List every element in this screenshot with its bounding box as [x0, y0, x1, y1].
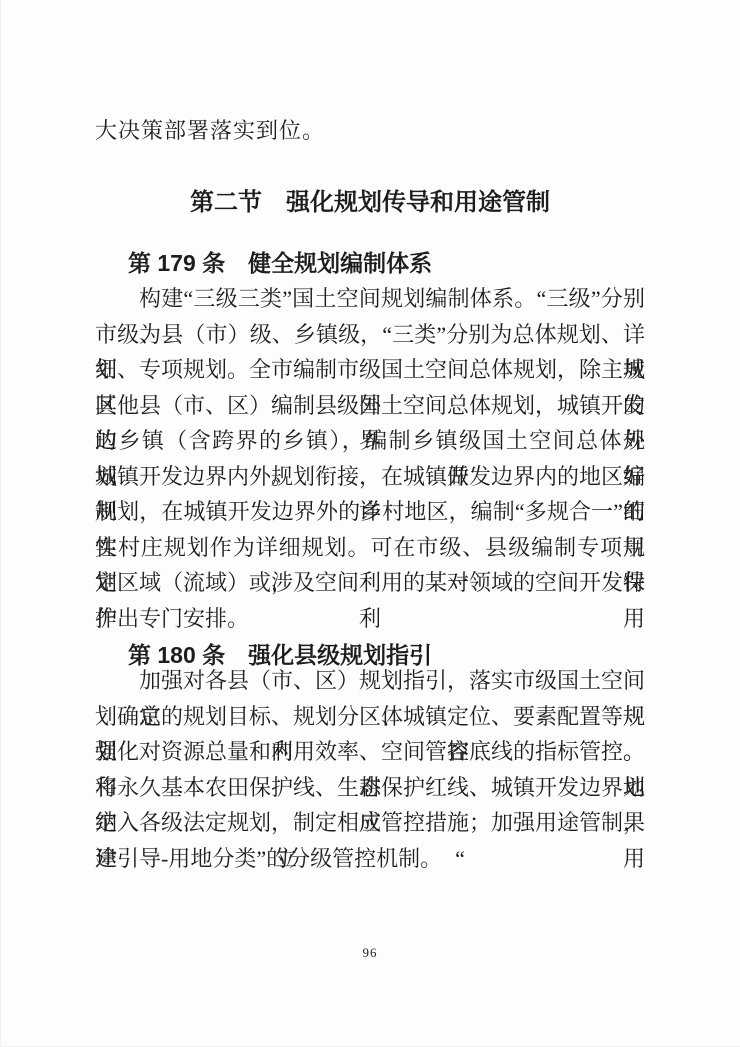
article-179-body: 构建“三级三类”国土空间规划编制体系。“三级”分别为 市级、县（市）级、乡镇级，…	[95, 281, 645, 636]
text-line: 性村庄规划作为详细规划。可在市级、县级编制专项规划，对特	[95, 530, 645, 566]
text-line: 强化对资源总量和利用效率、空间管控底线的指标管控。将耕地	[95, 734, 645, 770]
text-line: 和永久基本农田保护线、生态保护红线、城镇开发边界划定成果	[95, 770, 645, 806]
text-line: 纳入各级法定规划，制定相应管控措施；加强用途管制，建立“用	[95, 805, 645, 841]
article-179-heading: 第 179 条 健全规划编制体系	[95, 245, 645, 278]
section-heading: 第二节 强化规划传导和用途管制	[95, 182, 645, 217]
text-line: 城镇开发边界内外规划衔接，在城镇开发边界内的地区编制详细	[95, 459, 645, 495]
document-page: 大决策部署落实到位。 第二节 强化规划传导和用途管制 第 179 条 健全规划编…	[0, 0, 740, 1047]
text-line: 的乡镇（含跨界的乡镇），编制乡镇级国土空间总体规划。做好	[95, 423, 645, 459]
page-number: 96	[0, 945, 740, 961]
text-line: 定区域（流域）或涉及空间利用的某一领域的空间开发保护利用	[95, 565, 645, 601]
article-180-body: 加强对各县（市、区）规划指引，落实市级国土空间总体规 划确定的规划目标、规划分区…	[95, 663, 645, 876]
text-line: 加强对各县（市、区）规划指引，落实市级国土空间总体规	[95, 663, 645, 699]
text-line: 划确定的规划目标、规划分区、城镇定位、要素配置等规划内容。	[95, 699, 645, 735]
text-line: 其他县（市、区）编制县级国土空间总体规划，城镇开发边界外	[95, 388, 645, 424]
text-line: 市级、县（市）级、乡镇级，“三类”分别为总体规划、详细规	[95, 317, 645, 353]
text-line: 构建“三级三类”国土空间规划编制体系。“三级”分别为	[95, 281, 645, 317]
text-line: 划、专项规划。全市编制市级国土空间总体规划，除主城区外的	[95, 352, 645, 388]
text-line: 规划，在城镇开发边界外的乡村地区，编制“多规合一”的实用	[95, 494, 645, 530]
paragraph-continuation-line: 大决策部署落实到位。	[95, 116, 645, 146]
